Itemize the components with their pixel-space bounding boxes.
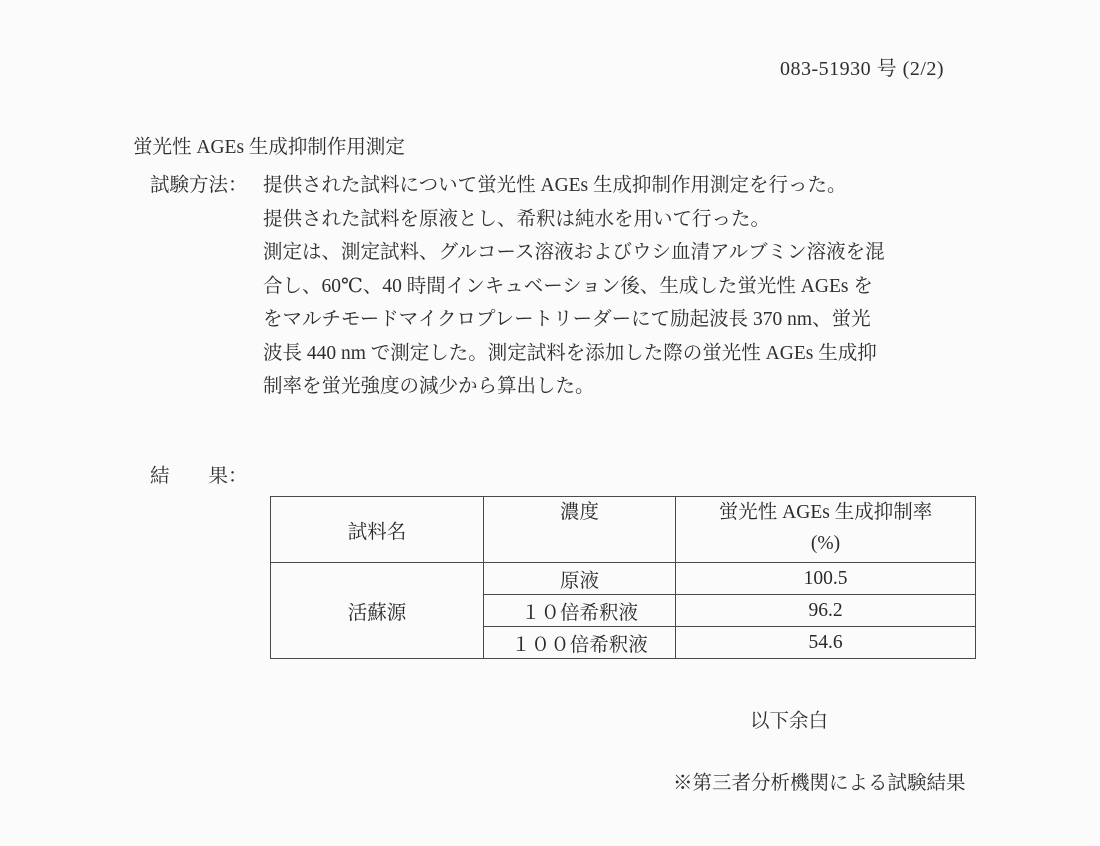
table-header-inhibition-line1: 蛍光性 AGEs 生成抑制率	[676, 497, 975, 528]
concentration-cell: １００倍希釈液	[484, 627, 676, 659]
method-section: 試験方法： 提供された試料について蛍光性 AGEs 生成抑制作用測定を行った。 …	[150, 169, 885, 404]
document-page: 083-51930 号 (2/2) 蛍光性 AGEs 生成抑制作用測定 試験方法…	[0, 0, 1100, 846]
concentration-cell: １０倍希釈液	[484, 595, 676, 627]
concentration-cell: 原液	[484, 563, 676, 595]
table-row: 活蘇源 原液 100.5	[271, 563, 976, 595]
method-line: をマルチモードマイクロプレートリーダーにて励起波長 370 nm、蛍光	[263, 303, 885, 337]
blank-below-note: 以下余白	[750, 705, 828, 733]
results-table: 試料名 濃度 蛍光性 AGEs 生成抑制率 (%) 活蘇源 原液 100.5 １…	[270, 496, 976, 659]
method-line: 合し、60℃、40 時間インキュベーション後、生成した蛍光性 AGEs を	[263, 270, 885, 304]
doc-number: 083-51930 号 (2/2)	[780, 52, 944, 81]
method-label: 試験方法：	[150, 169, 263, 203]
value-cell: 96.2	[676, 595, 976, 627]
value-cell: 100.5	[676, 563, 976, 595]
document-title: 蛍光性 AGEs 生成抑制作用測定	[133, 131, 405, 159]
table-header-sample: 試料名	[271, 497, 484, 563]
value-cell: 54.6	[676, 627, 976, 659]
third-party-note: ※第三者分析機関による試験結果	[673, 767, 966, 795]
method-line: 制率を蛍光強度の減少から算出した。	[263, 370, 885, 404]
results-label: 結 果：	[150, 460, 248, 488]
method-line: 測定は、測定試料、グルコース溶液およびウシ血清アルブミン溶液を混	[263, 236, 885, 270]
table-header-inhibition: 蛍光性 AGEs 生成抑制率 (%)	[676, 497, 976, 563]
table-header-inhibition-line2: (%)	[676, 528, 975, 559]
method-line: 提供された試料を原液とし、希釈は純水を用いて行った。	[263, 203, 885, 237]
method-line: 提供された試料について蛍光性 AGEs 生成抑制作用測定を行った。	[263, 169, 885, 203]
table-header-concentration: 濃度	[484, 497, 676, 563]
table-header-row: 試料名 濃度 蛍光性 AGEs 生成抑制率 (%)	[271, 497, 976, 563]
method-paragraph: 提供された試料について蛍光性 AGEs 生成抑制作用測定を行った。 提供された試…	[263, 169, 885, 404]
sample-name-cell: 活蘇源	[271, 563, 484, 659]
method-line: 波長 440 nm で測定した。測定試料を添加した際の蛍光性 AGEs 生成抑	[263, 337, 885, 371]
